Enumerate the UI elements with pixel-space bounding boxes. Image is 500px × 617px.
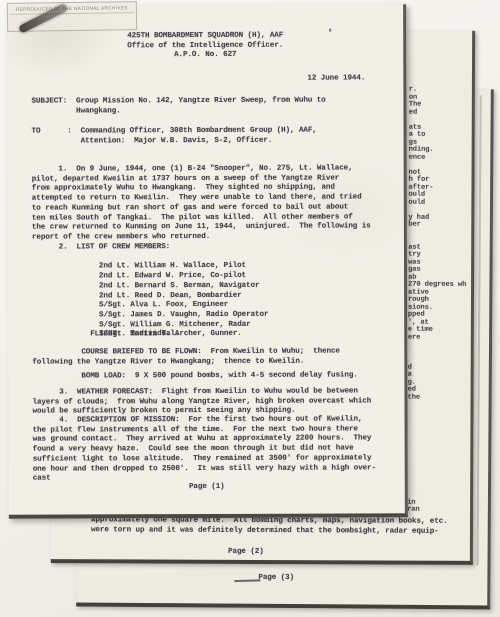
paragraph-1-mission-summary: 1. On 9 June, 1944, one (1) B-24 "Snoope… (32, 164, 371, 243)
subject-block: SUBJECT: Group Mission No. 142, Yangtze … (31, 97, 325, 117)
course-briefed-block: COURSE BRIEFED TO BE FLOWN: From Kweilin… (32, 348, 340, 368)
archives-stamp-text: REPRODUCED AT THE NATIONAL ARCHIVES (10, 5, 134, 15)
page3-page-number: Page (3) (258, 574, 294, 584)
bomb-load-line: BOMB LOAD: 9 X 500 pound bombs, with 4-5… (32, 371, 357, 382)
page2-bottom-text: approximately one square mile. All bombi… (91, 516, 448, 537)
description-of-mission-block: 4. DESCRIPTION OF MISSION: For the first… (33, 415, 376, 484)
paper-sheet-page1: 425TH BOMBARDMENT SQUADRON (H), AAF Offi… (7, 4, 408, 518)
crew-members-list: 2. LIST OF CREW MEMBERS: 2nd Lt. William… (32, 243, 269, 341)
page3-fold-line (476, 95, 481, 565)
page3-pen-mark (234, 579, 260, 582)
date-line: 12 June 1944. (307, 74, 365, 84)
page2-page-number: Page (2) (181, 548, 311, 558)
to-block: TO : Commanding Officer, 308th Bombardme… (32, 127, 317, 147)
archives-stamp-box: REPRODUCED AT THE NATIONAL ARCHIVES (7, 1, 137, 32)
flight-line: FLIGHT: Individual. (32, 330, 179, 340)
weather-forecast-block: 3. WEATHER FORECAST: Flight from Kweilin… (32, 387, 371, 417)
page1-page-number: Page (1) (9, 482, 405, 493)
squadron-letterhead: 425TH BOMBARDMENT SQUADRON (H), AAF Offi… (7, 31, 403, 61)
page2-cutoff-line-fragments: r. on The ed ats a to gs nding. ence not… (407, 87, 467, 515)
